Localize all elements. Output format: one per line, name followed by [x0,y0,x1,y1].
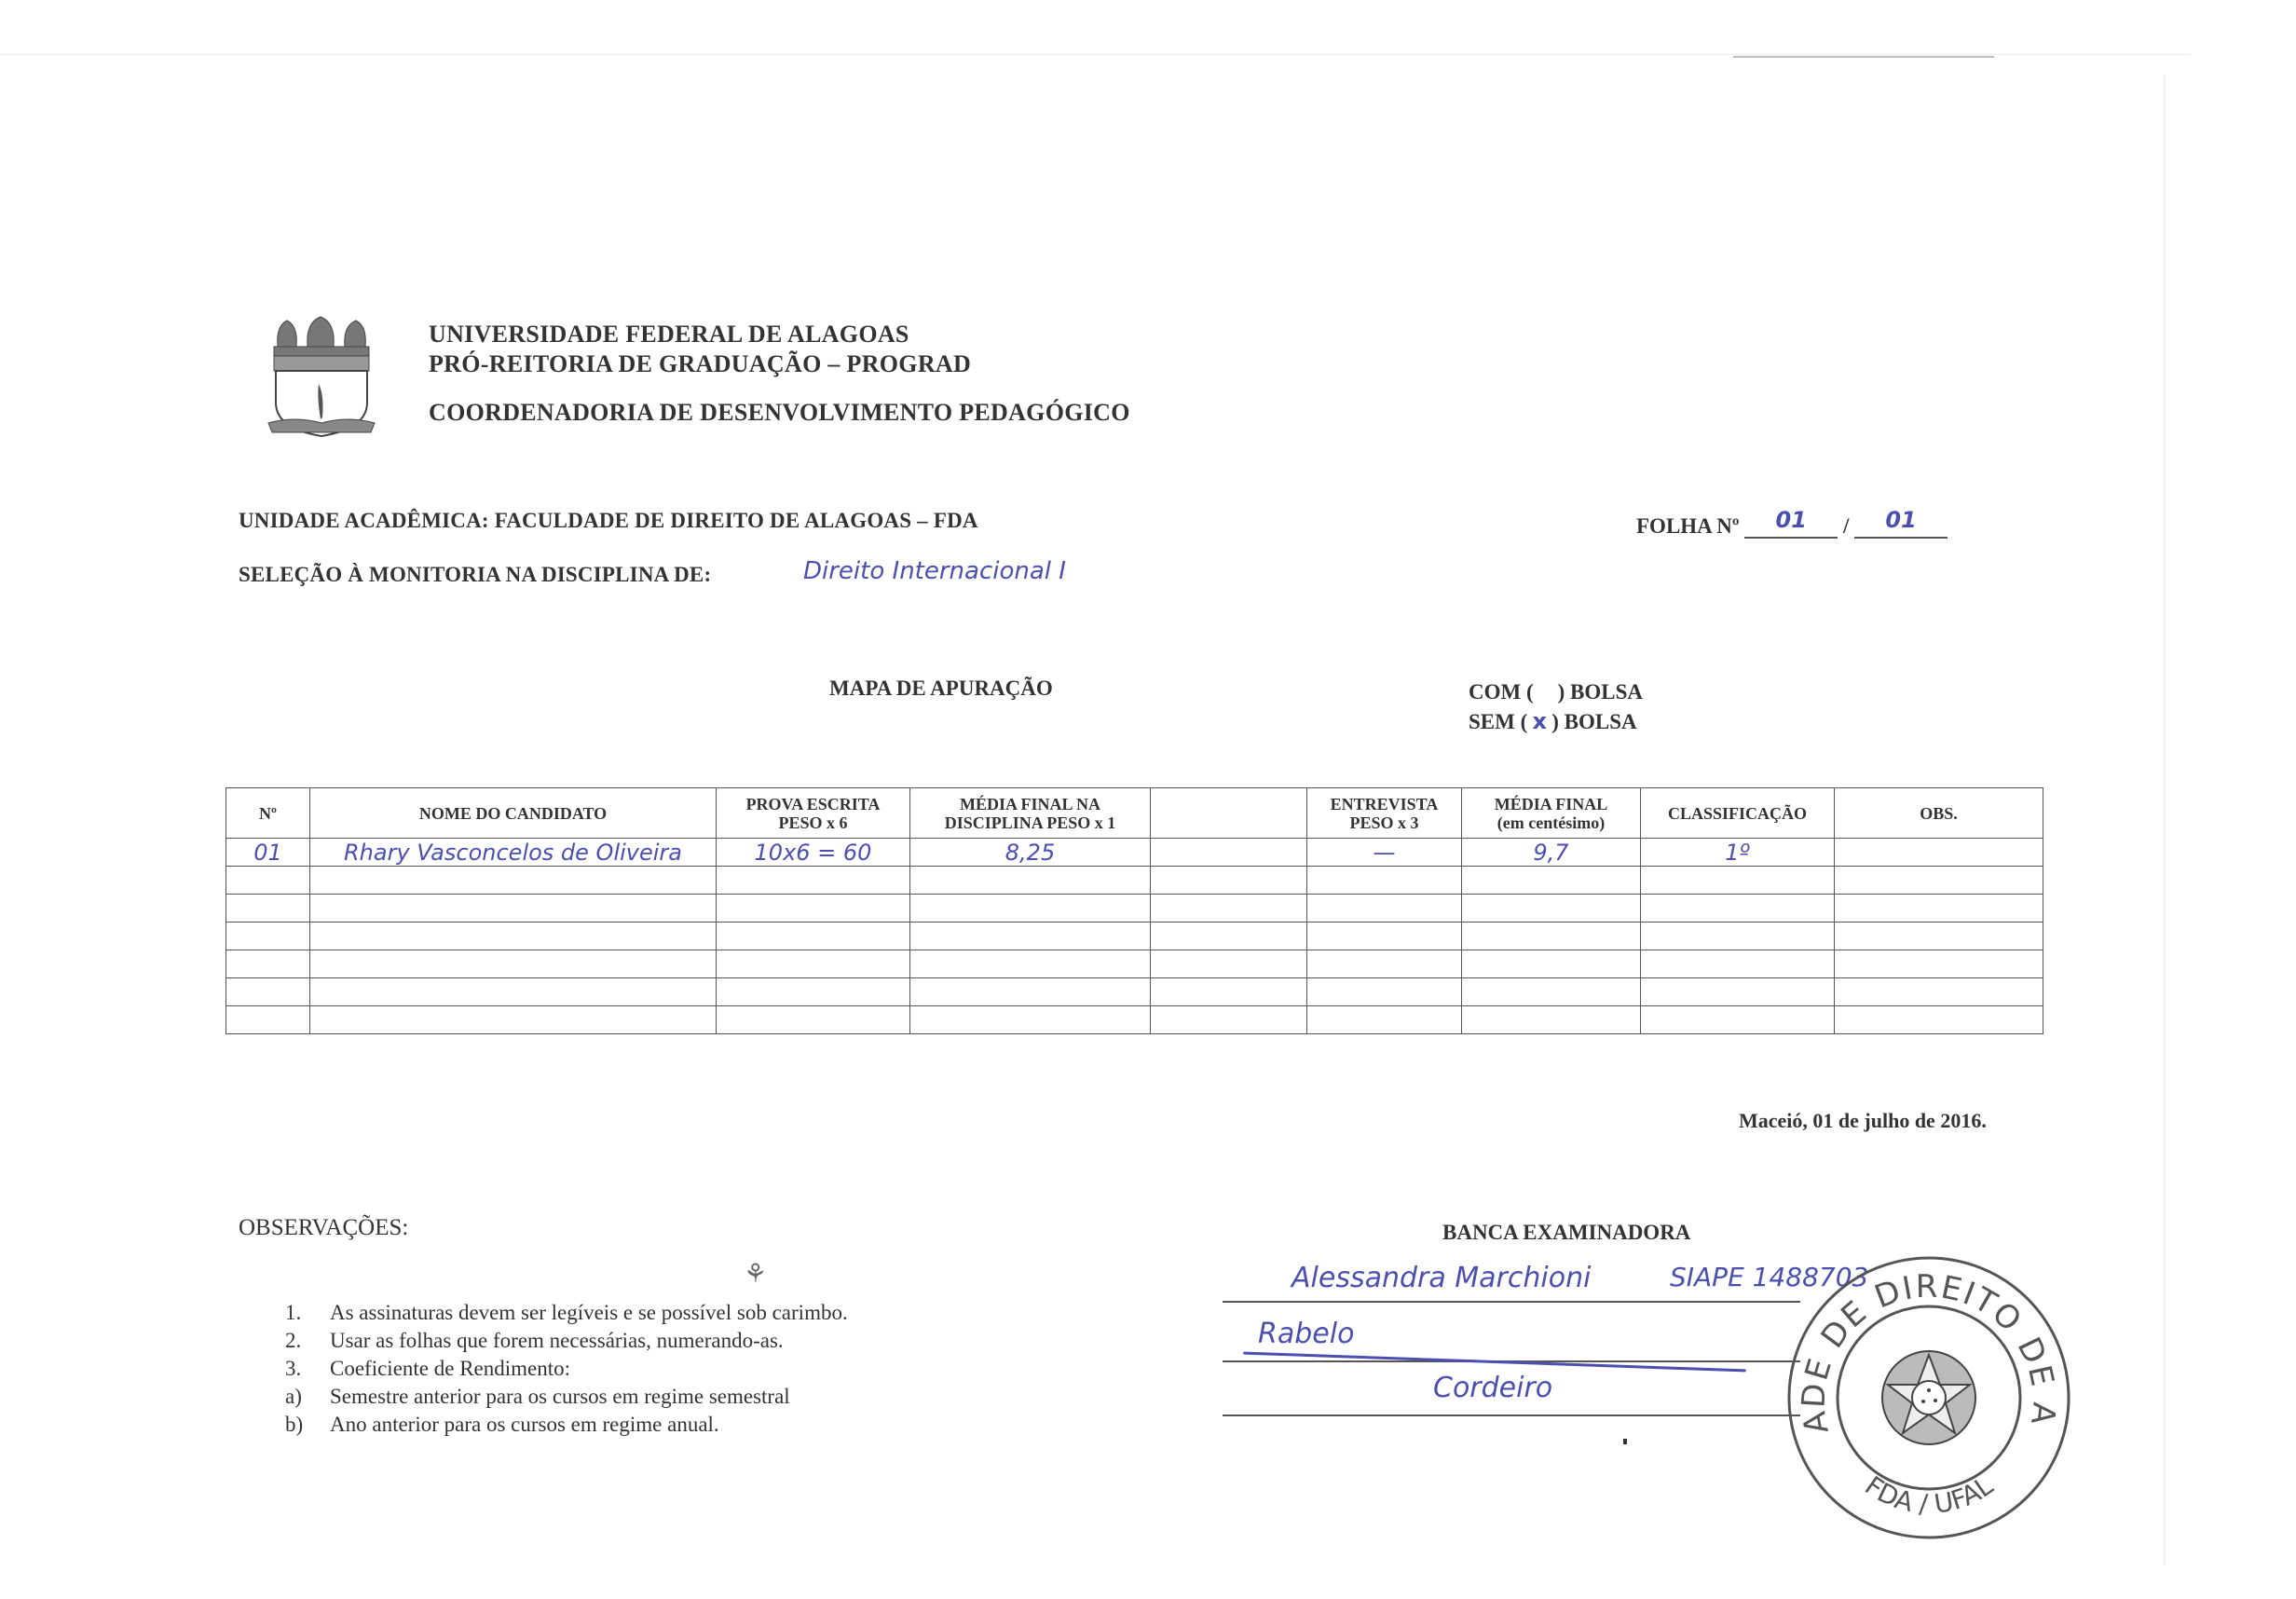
observacao-item: b)Ano anterior para os cursos em regime … [285,1411,848,1439]
col-entrevista-cell [1307,922,1462,950]
col-prova-escrita-cell [717,950,910,978]
col-classificacao-cell [1641,867,1835,895]
disciplina-value: Direito Internacional I [803,557,1066,585]
col-prova-escrita-cell: 10x6 = 60 [717,839,910,867]
mapa-title: MAPA DE APURAÇÃO [829,676,1053,701]
col-media-disciplina-cell [910,895,1151,922]
col-obs-cell [1835,867,2043,895]
observacao-item: 1.As assinaturas devem ser legíveis e se… [285,1299,848,1327]
col-prova-escrita-cell [717,867,910,895]
col-numero-cell [226,895,310,922]
date-line: Maceió, 01 de julho de 2016. [1739,1109,1987,1133]
col-blank-cell [1151,922,1307,950]
table-row [226,895,2043,922]
observacao-item: 2.Usar as folhas que forem necessárias, … [285,1327,848,1355]
scan-edge-right [2164,75,2166,1565]
col-media-final-cell [1462,950,1641,978]
observacao-item: a)Semestre anterior para os cursos em re… [285,1383,848,1411]
col-obs-header: OBS. [1835,788,2043,839]
col-blank-cell [1151,867,1307,895]
col-blank-cell [1151,950,1307,978]
col-entrevista-header: ENTREVISTAPESO x 3 [1307,788,1462,839]
table-row: 01Rhary Vasconcelos de Oliveira10x6 = 60… [226,839,2043,867]
col-obs-cell [1835,839,2043,867]
col-classificacao-cell [1641,950,1835,978]
col-blank-cell [1151,839,1307,867]
observacao-item: 3.Coeficiente de Rendimento: [285,1355,848,1383]
folha-number: FOLHA Nº 01 / 01 [1636,512,1947,539]
table-body: 01Rhary Vasconcelos de Oliveira10x6 = 60… [226,839,2043,1034]
col-nome-cell [310,867,717,895]
col-media-final-cell [1462,867,1641,895]
observacoes-list: 1.As assinaturas devem ser legíveis e se… [285,1299,848,1439]
table-row [226,1006,2043,1034]
col-entrevista-cell [1307,950,1462,978]
fda-stamp-icon: FACULDADE DE DIREITO DE ALAGOAS - FDA / … [1780,1249,2078,1547]
col-numero-header: Nº [226,788,310,839]
col-numero-cell [226,1006,310,1034]
col-blank-cell [1151,1006,1307,1034]
col-classificacao-header: CLASSIFICAÇÃO [1641,788,1835,839]
selecao-label: SELEÇÃO À MONITORIA NA DISCIPLINA DE: [239,563,711,587]
col-media-final-cell [1462,1006,1641,1034]
col-numero-cell [226,922,310,950]
col-nome-cell [310,978,717,1006]
col-classificacao-cell [1641,978,1835,1006]
col-classificacao-cell [1641,1006,1835,1034]
col-media-disciplina-cell [910,1006,1151,1034]
pro-reitoria-name: PRÓ-REITORIA DE GRADUAÇÃO – PROGRAD [429,350,971,378]
scan-artifact [1733,56,1994,58]
coordenadoria-name: COORDENADORIA DE DESENVOLVIMENTO PEDAGÓG… [429,399,1130,427]
col-nome-cell [310,950,717,978]
col-media-disciplina-cell [910,922,1151,950]
table-row [226,922,2043,950]
scan-edge-top [0,54,2190,55]
col-prova-escrita-header: PROVA ESCRITAPESO x 6 [717,788,910,839]
signature-3: Cordeiro [1433,1372,1552,1404]
col-classificacao-cell: 1º [1641,839,1835,867]
col-numero-cell [226,950,310,978]
col-obs-cell [1835,950,2043,978]
col-prova-escrita-cell [717,895,910,922]
ornament-icon: ⚘ [744,1258,767,1290]
institution-name: UNIVERSIDADE FEDERAL DE ALAGOAS [429,321,909,348]
observacoes-title: OBSERVAÇÕES: [239,1215,408,1241]
col-media-final-header: MÉDIA FINAL(em centésimo) [1462,788,1641,839]
signature-1: Alessandra Marchioni [1291,1262,1591,1294]
col-nome-header: NOME DO CANDIDATO [310,788,717,839]
col-entrevista-cell [1307,1006,1462,1034]
table-row [226,867,2043,895]
col-classificacao-cell [1641,895,1835,922]
col-media-disciplina-cell [910,950,1151,978]
folha-label: FOLHA Nº [1636,514,1739,538]
col-media-disciplina-cell [910,867,1151,895]
banca-title: BANCA EXAMINADORA [1442,1221,1690,1245]
col-prova-escrita-cell [717,978,910,1006]
col-entrevista-cell [1307,978,1462,1006]
table-row [226,950,2043,978]
sem-bolsa-option: SEM (x) BOLSA [1469,708,1637,734]
col-numero-cell [226,978,310,1006]
col-classificacao-cell [1641,922,1835,950]
signature-2: Rabelo [1258,1318,1354,1350]
folha-separator: / [1843,514,1849,538]
col-media-disciplina-cell: 8,25 [910,839,1151,867]
col-entrevista-cell: — [1307,839,1462,867]
col-nome-cell [310,922,717,950]
col-numero-cell [226,867,310,895]
col-media-final-cell [1462,978,1641,1006]
unidade-academica: UNIDADE ACADÊMICA: FACULDADE DE DIREITO … [239,509,978,533]
col-media-final-cell: 9,7 [1462,839,1641,867]
col-media-disciplina-header: MÉDIA FINAL NADISCIPLINA PESO x 1 [910,788,1151,839]
sem-bolsa-checkbox: x [1527,708,1551,734]
col-prova-escrita-cell [717,1006,910,1034]
table-row [226,978,2043,1006]
col-media-final-cell [1462,922,1641,950]
results-table: NºNOME DO CANDIDATOPROVA ESCRITAPESO x 6… [225,787,2043,1034]
folha-current-field: 01 [1744,512,1838,539]
signature-line [1223,1414,1800,1416]
col-obs-cell [1835,1006,2043,1034]
folha-total-field: 01 [1854,512,1947,539]
col-blank-cell [1151,978,1307,1006]
ink-dot [1623,1439,1627,1444]
com-bolsa-option: COM () BOLSA [1469,680,1643,704]
col-media-disciplina-cell [910,978,1151,1006]
col-blank-header [1151,788,1307,839]
col-entrevista-cell [1307,895,1462,922]
folha-current: 01 [1776,507,1807,533]
table-header-row: NºNOME DO CANDIDATOPROVA ESCRITAPESO x 6… [226,788,2043,839]
col-nome-cell: Rhary Vasconcelos de Oliveira [310,839,717,867]
col-nome-cell [310,1006,717,1034]
col-prova-escrita-cell [717,922,910,950]
col-entrevista-cell [1307,867,1462,895]
col-obs-cell [1835,978,2043,1006]
signature-line [1223,1301,1800,1303]
col-numero-cell: 01 [226,839,310,867]
col-blank-cell [1151,895,1307,922]
col-media-final-cell [1462,895,1641,922]
col-obs-cell [1835,922,2043,950]
col-obs-cell [1835,895,2043,922]
ufal-crest-icon [266,313,376,440]
col-nome-cell [310,895,717,922]
folha-total: 01 [1885,507,1916,533]
